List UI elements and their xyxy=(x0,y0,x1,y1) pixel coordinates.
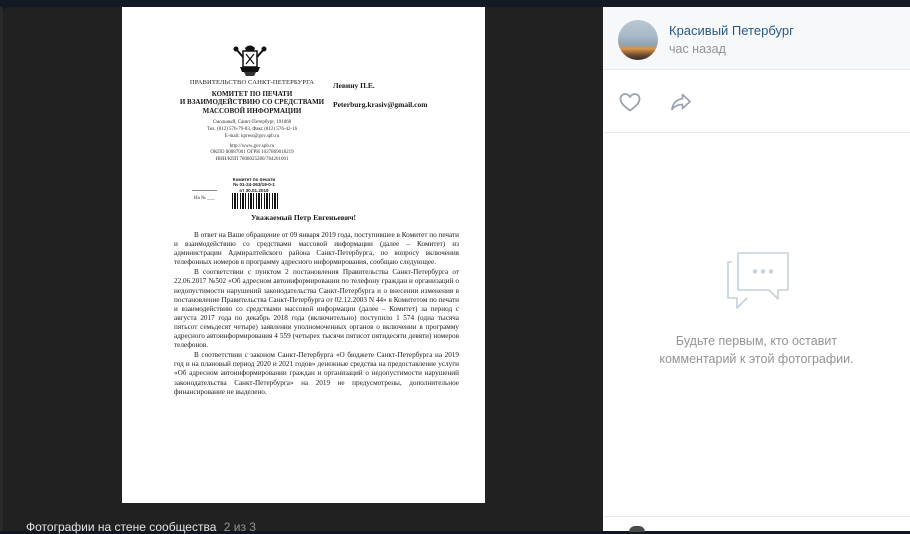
reference-number: На № ___ xyxy=(194,196,215,201)
post-time[interactable]: час назад xyxy=(669,42,726,56)
barcode xyxy=(232,193,278,209)
divider xyxy=(603,516,910,517)
paragraph: В соответствии с пунктом 2 постановления… xyxy=(174,268,459,350)
letterhead: ПРАВИТЕЛЬСТВО САНКТ-ПЕТЕРБУРГА КОМИТЕТ П… xyxy=(172,79,332,163)
recipient-block: Левину П.Е. Peterburg.krasiv@gmail.com xyxy=(333,81,427,110)
photo-sidebar: Красивый Петербург час назад Будьте перв… xyxy=(603,7,910,531)
photo-document[interactable]: ПРАВИТЕЛЬСТВО САНКТ-ПЕТЕРБУРГА КОМИТЕТ П… xyxy=(122,7,485,503)
letter-body: В ответ на Ваше обращение от 09 января 2… xyxy=(174,231,459,398)
recipient-email: Peterburg.krasiv@gmail.com xyxy=(333,100,427,110)
salutation: Уважаемый Петр Евгеньевич! xyxy=(122,213,485,222)
comment-avatar xyxy=(629,526,645,531)
share-arrow-icon[interactable] xyxy=(669,90,693,114)
committee-name: КОМИТЕТ ПО ПЕЧАТИ И ВЗАИМОДЕЙСТВИЮ СО СР… xyxy=(172,90,332,115)
paragraph: В соответствии с законом Санкт-Петербург… xyxy=(174,351,459,396)
author-name[interactable]: Красивый Петербург xyxy=(669,23,794,38)
coat-of-arms-icon xyxy=(230,43,270,79)
letter: ПРАВИТЕЛЬСТВО САНКТ-ПЕТЕРБУРГА КОМИТЕТ П… xyxy=(122,7,485,503)
action-bar xyxy=(603,70,910,133)
registration-stamp: Комитет по печати № 01-24-263/19-0-1 от … xyxy=(230,177,278,193)
comments-bubble-icon xyxy=(725,252,791,312)
committee-web: http://www.gov.spb.ru ОКПО 00087001 ОГРН… xyxy=(172,144,332,164)
avatar[interactable] xyxy=(618,20,658,60)
recipient-name: Левину П.Е. xyxy=(333,81,427,91)
photo-caption: Фотографии на стене сообщества 2 из 3 xyxy=(26,520,256,531)
divider xyxy=(192,190,217,191)
committee-address: Смольный, Санкт-Петербург, 191060 Тел. (… xyxy=(172,119,332,140)
photo-counter: 2 из 3 xyxy=(224,520,256,531)
album-link[interactable]: Фотографии на стене сообщества xyxy=(26,520,216,531)
heart-icon[interactable] xyxy=(618,90,642,114)
gov-title: ПРАВИТЕЛЬСТВО САНКТ-ПЕТЕРБУРГА xyxy=(172,79,332,87)
author-block: Красивый Петербург час назад xyxy=(603,7,910,70)
paragraph: В ответ на Ваше обращение от 09 января 2… xyxy=(174,231,459,267)
top-bar xyxy=(0,0,910,7)
no-comments-message: Будьте первым, кто оставит комментарий к… xyxy=(603,332,910,368)
